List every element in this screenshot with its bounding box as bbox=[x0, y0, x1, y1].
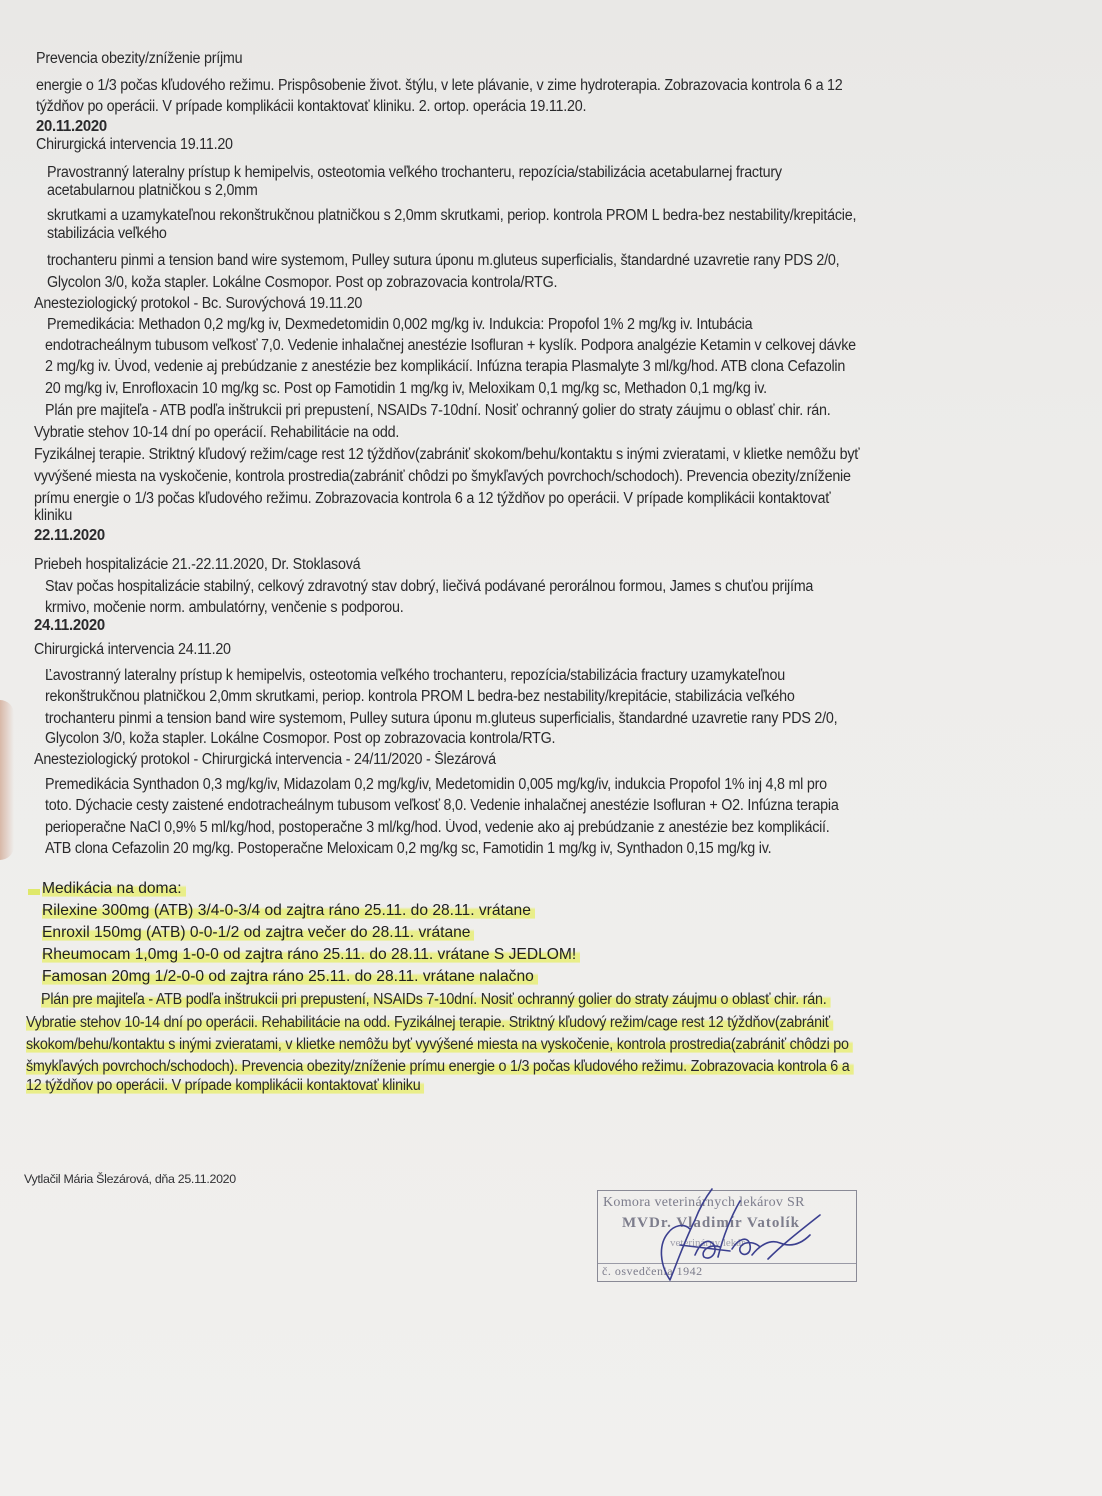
medication-item: Famosan 20mg 1/2-0-0 od zajtra ráno 25.1… bbox=[42, 968, 538, 986]
section-heading: Anesteziologický protokol - Bc. Surových… bbox=[34, 295, 362, 313]
owner-plan-line: šmykľavých povrchoch/schodoch). Prevenci… bbox=[26, 1058, 853, 1076]
text-line: týždňov po operácii. V prípade komplikác… bbox=[36, 98, 586, 116]
text-line: energie o 1/3 počas kľudového režimu. Pr… bbox=[36, 77, 842, 95]
page-edge-shadow bbox=[0, 700, 14, 860]
text-line: ATB clona Cefazolin 20 mg/kg. Postoperač… bbox=[45, 840, 771, 858]
medication-item: Enroxil 150mg (ATB) 0-0-1/2 od zajtra ve… bbox=[42, 924, 474, 942]
text-line: Prevencia obezity/zníženie príjmu bbox=[36, 50, 242, 68]
text-line: rekonštrukčnou platničkou 2,0mm skrutkam… bbox=[45, 688, 795, 706]
text-line: vyvýšené miesta na vyskočenie, kontrola … bbox=[34, 468, 851, 486]
owner-plan-line: 12 týždňov po operácii. V prípade kompli… bbox=[26, 1077, 424, 1095]
text-line: Glycolon 3/0, koža stapler. Lokálne Cosm… bbox=[47, 274, 557, 292]
section-heading: Priebeh hospitalizácie 21.-22.11.2020, D… bbox=[34, 556, 360, 574]
owner-plan-line: skokom/behu/kontaktu s inými zvieratami,… bbox=[26, 1036, 852, 1054]
text-line: prímu energie o 1/3 počas kľudového reži… bbox=[34, 490, 830, 508]
text-line: Ľavostranný lateralny prístup k hemipelv… bbox=[45, 667, 785, 685]
section-date: 22.11.2020 bbox=[34, 527, 105, 545]
text-line: Glycolon 3/0, koža stapler. Lokálne Cosm… bbox=[45, 730, 555, 748]
text-line: acetabularnou platničkou s 2,0mm bbox=[47, 182, 258, 200]
text-line: Premedikácia Synthadon 0,3 mg/kg/iv, Mid… bbox=[45, 776, 827, 794]
section-heading: Chirurgická intervencia 19.11.20 bbox=[36, 136, 233, 154]
medication-item: Rheumocam 1,0mg 1-0-0 od zajtra ráno 25.… bbox=[42, 946, 580, 964]
handwritten-signature-icon bbox=[640, 1185, 840, 1295]
text-line: Pravostranný lateralny prístup k hemipel… bbox=[47, 164, 782, 182]
text-line: toto. Dýchacie cesty zaistené endotrache… bbox=[45, 797, 839, 815]
text-line: krmivo, močenie norm. ambulatórny, venče… bbox=[45, 599, 403, 617]
text-line: trochanteru pinmi a tension band wire sy… bbox=[47, 252, 839, 270]
highlighter-mark bbox=[28, 889, 40, 895]
text-line: Fyzikálnej terapie. Striktný kľudový rež… bbox=[34, 446, 859, 464]
text-line: Vybratie stehov 10-14 dní po operácií. R… bbox=[34, 424, 399, 442]
section-date: 24.11.2020 bbox=[34, 617, 105, 635]
section-date: 20.11.2020 bbox=[36, 118, 107, 136]
text-line: kliniku bbox=[34, 507, 72, 525]
text-line: 2 mg/kg iv. Úvod, vedenie aj prebúdzanie… bbox=[45, 358, 845, 376]
text-line: 20 mg/kg iv, Enrofloxacin 10 mg/kg sc. P… bbox=[45, 380, 767, 398]
section-heading: Anesteziologický protokol - Chirurgická … bbox=[34, 751, 496, 769]
text-line: stabilizácia veľkého bbox=[47, 225, 167, 243]
text-line: perioperačne NaCl 0,9% 5 ml/kg/hod, post… bbox=[45, 819, 830, 837]
text-line: Stav počas hospitalizácie stabilný, celk… bbox=[45, 578, 813, 596]
text-line: Premedikácia: Methadon 0,2 mg/kg iv, Dex… bbox=[47, 316, 752, 334]
section-heading: Chirurgická intervencia 24.11.20 bbox=[34, 641, 231, 659]
text-line: endotracheálnym tubusom veľkosť 7,0. Ved… bbox=[45, 337, 856, 355]
medication-item: Rilexine 300mg (ATB) 3/4-0-3/4 od zajtra… bbox=[42, 902, 535, 920]
printed-by-note: Vytlačil Mária Šlezárová, dňa 25.11.2020 bbox=[24, 1172, 236, 1186]
text-line: trochanteru pinmi a tension band wire sy… bbox=[45, 710, 837, 728]
owner-plan-line: Vybratie stehov 10-14 dní po operácii. R… bbox=[26, 1014, 834, 1032]
owner-plan-line: Plán pre majiteľa - ATB podľa inštrukcii… bbox=[41, 991, 830, 1009]
text-line: skrutkami a uzamykateľnou rekonštrukčnou… bbox=[47, 207, 856, 225]
text-line: Plán pre majiteľa - ATB podľa inštrukcii… bbox=[45, 402, 831, 420]
home-medication-heading: Medikácia na doma: bbox=[42, 880, 186, 898]
